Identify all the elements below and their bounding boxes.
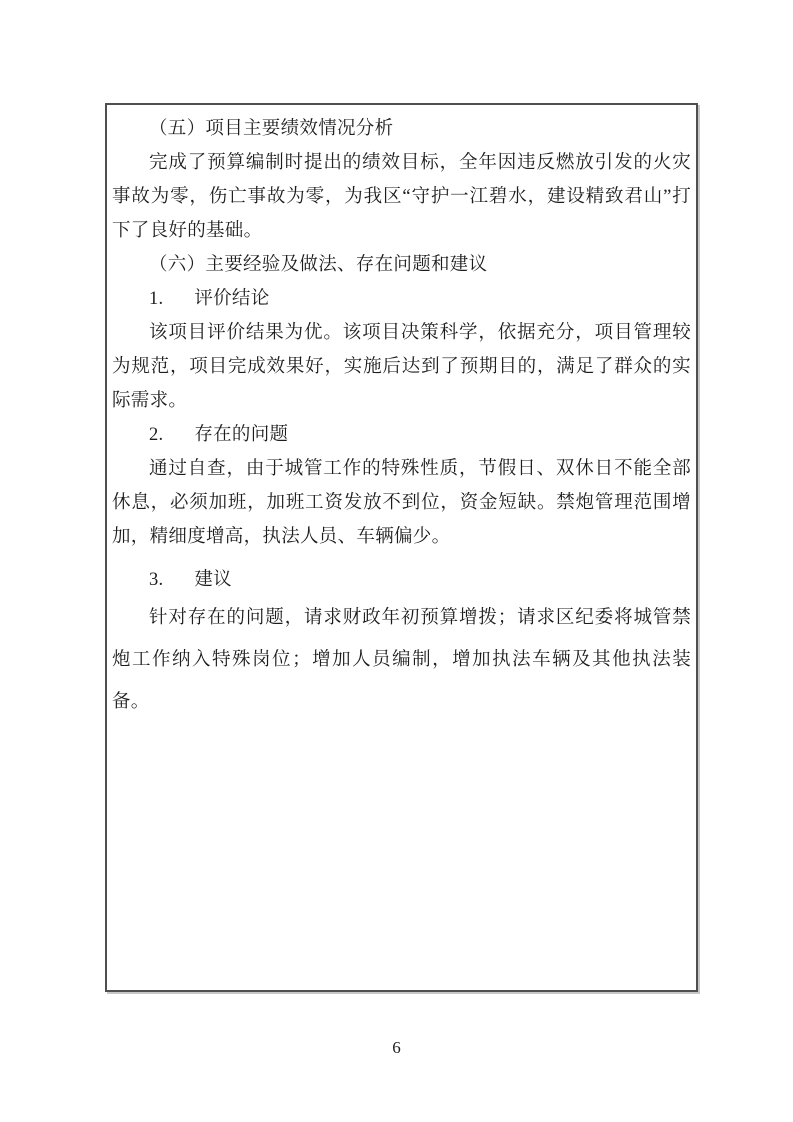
paragraph-suggestions: 针对存在的问题，请求财政年初预算增拨；请求区纪委将城管禁炮工作纳入特殊岗位；增加… <box>112 597 691 723</box>
subheading-2-number: 2. <box>149 418 194 452</box>
document-page: （五）项目主要绩效情况分析 完成了预算编制时提出的绩效目标，全年因违反燃放引发的… <box>0 0 793 1122</box>
subheading-1-number: 1. <box>149 282 194 316</box>
paragraph-evaluation-conclusion: 该项目评价结果为优。该项目决策科学，依据充分，项目管理较为规范，项目完成效果好，… <box>112 316 691 418</box>
section-heading-6: （六）主要经验及做法、存在问题和建议 <box>112 248 691 282</box>
subheading-3-suggestions: 3.建议 <box>112 563 691 597</box>
table-cell-border: （五）项目主要绩效情况分析 完成了预算编制时提出的绩效目标，全年因违反燃放引发的… <box>105 103 698 992</box>
subheading-3-title: 建议 <box>194 570 232 590</box>
subheading-2-title: 存在的问题 <box>194 425 288 445</box>
section-heading-5: （五）项目主要绩效情况分析 <box>112 112 691 146</box>
subheading-1-evaluation-conclusion: 1.评价结论 <box>112 282 691 316</box>
subheading-1-title: 评价结论 <box>194 289 269 309</box>
page-number: 6 <box>0 1038 793 1058</box>
subheading-3-number: 3. <box>149 563 194 597</box>
paragraph-performance-analysis: 完成了预算编制时提出的绩效目标，全年因违反燃放引发的火灾事故为零，伤亡事故为零，… <box>112 146 691 248</box>
paragraph-problems: 通过自查，由于城管工作的特殊性质，节假日、双休日不能全部休息，必须加班，加班工资… <box>112 452 691 554</box>
subheading-2-problems: 2.存在的问题 <box>112 418 691 452</box>
